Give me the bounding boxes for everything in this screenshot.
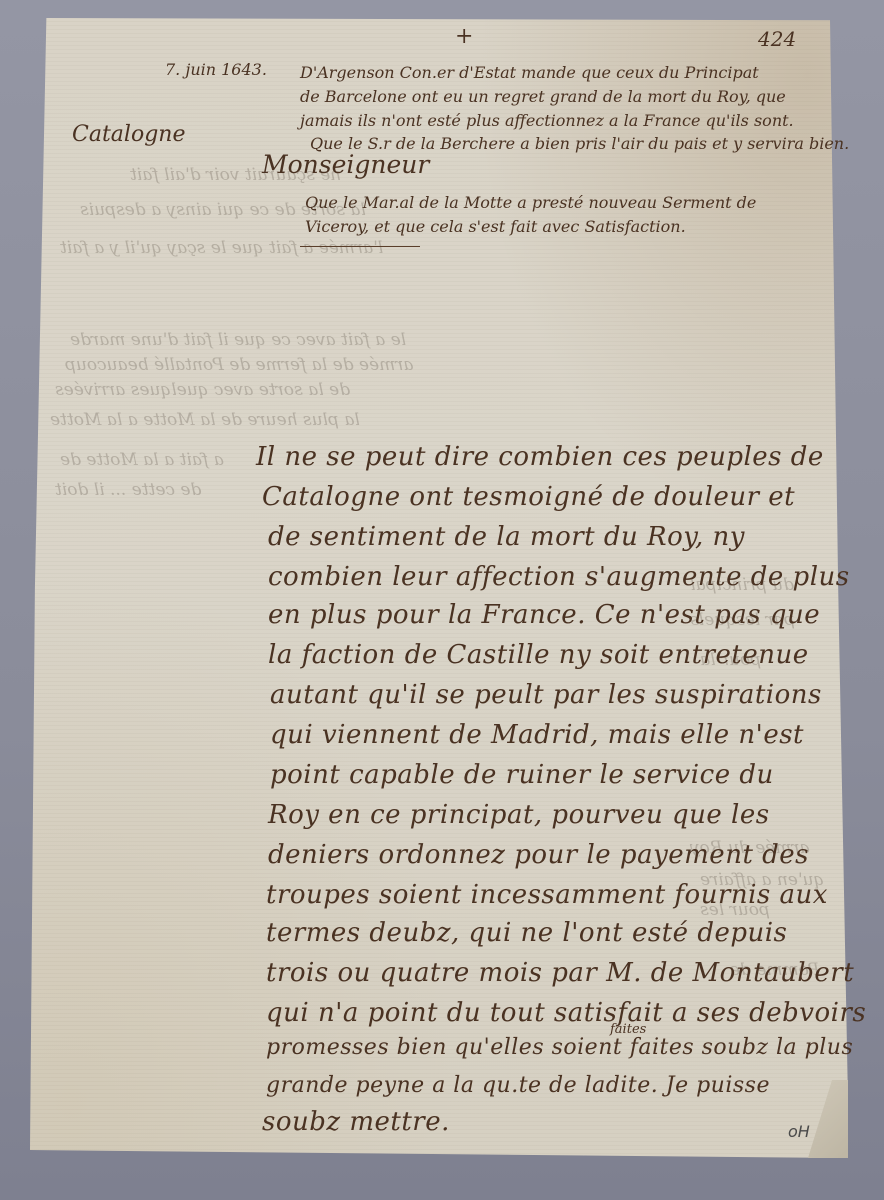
body-line: termes deubz, qui ne l'ont esté depuis — [266, 916, 787, 951]
body-line: en plus pour la France. Ce n'est pas que — [268, 598, 820, 633]
summary-line: D'Argenson Con.er d'Estat mande que ceux… — [300, 62, 759, 84]
cross-mark: + — [455, 24, 473, 49]
pencil-note: oH — [788, 1122, 810, 1141]
interlinear-insertion: faites — [610, 1022, 646, 1037]
body-line: soubz mettre. — [262, 1105, 450, 1140]
margin-heading: Catalogne — [72, 122, 185, 147]
letter-date: 7. juin 1643. — [165, 60, 267, 79]
body-line: de sentiment de la mort du Roy, ny — [268, 520, 745, 555]
body-line: qui viennent de Madrid, mais elle n'est — [270, 718, 804, 753]
body-line: trois ou quatre mois par M. de Montauber… — [266, 956, 854, 991]
body-line: deniers ordonnez pour le payement des — [268, 838, 809, 873]
body-line: troupes soient incessamment fournis aux — [266, 878, 828, 913]
salutation: Monseigneur — [262, 150, 429, 179]
body-line: promesses bien qu'elles soient faites so… — [266, 1030, 853, 1065]
body-line: point capable de ruiner le service du — [270, 758, 774, 793]
summary-line: jamais ils n'ont esté plus affectionnez … — [300, 110, 794, 132]
body-line: autant qu'il se peult par les suspiratio… — [270, 678, 822, 713]
body-line: qui n'a point du tout satisfait a ses de… — [266, 996, 866, 1031]
body-line: combien leur affection s'augmente de plu… — [268, 560, 850, 595]
summary-rule — [300, 246, 420, 247]
body-line: Il ne se peut dire combien ces peuples d… — [256, 440, 824, 475]
summary-note-line: Que le Mar.al de la Motte a presté nouve… — [305, 192, 756, 214]
body-line: grande peyne a la qu.te de ladite. Je pu… — [266, 1068, 770, 1103]
folio-number: 424 — [758, 27, 796, 51]
body-line: Roy en ce principat, pourveu que les — [268, 798, 770, 833]
summary-note-line: Viceroy, et que cela s'est fait avec Sat… — [305, 216, 686, 238]
body-line: la faction de Castille ny soit entretenu… — [268, 638, 809, 673]
summary-line: de Barcelone ont eu un regret grand de l… — [300, 86, 786, 108]
body-line: Catalogne ont tesmoigné de douleur et — [262, 480, 795, 515]
